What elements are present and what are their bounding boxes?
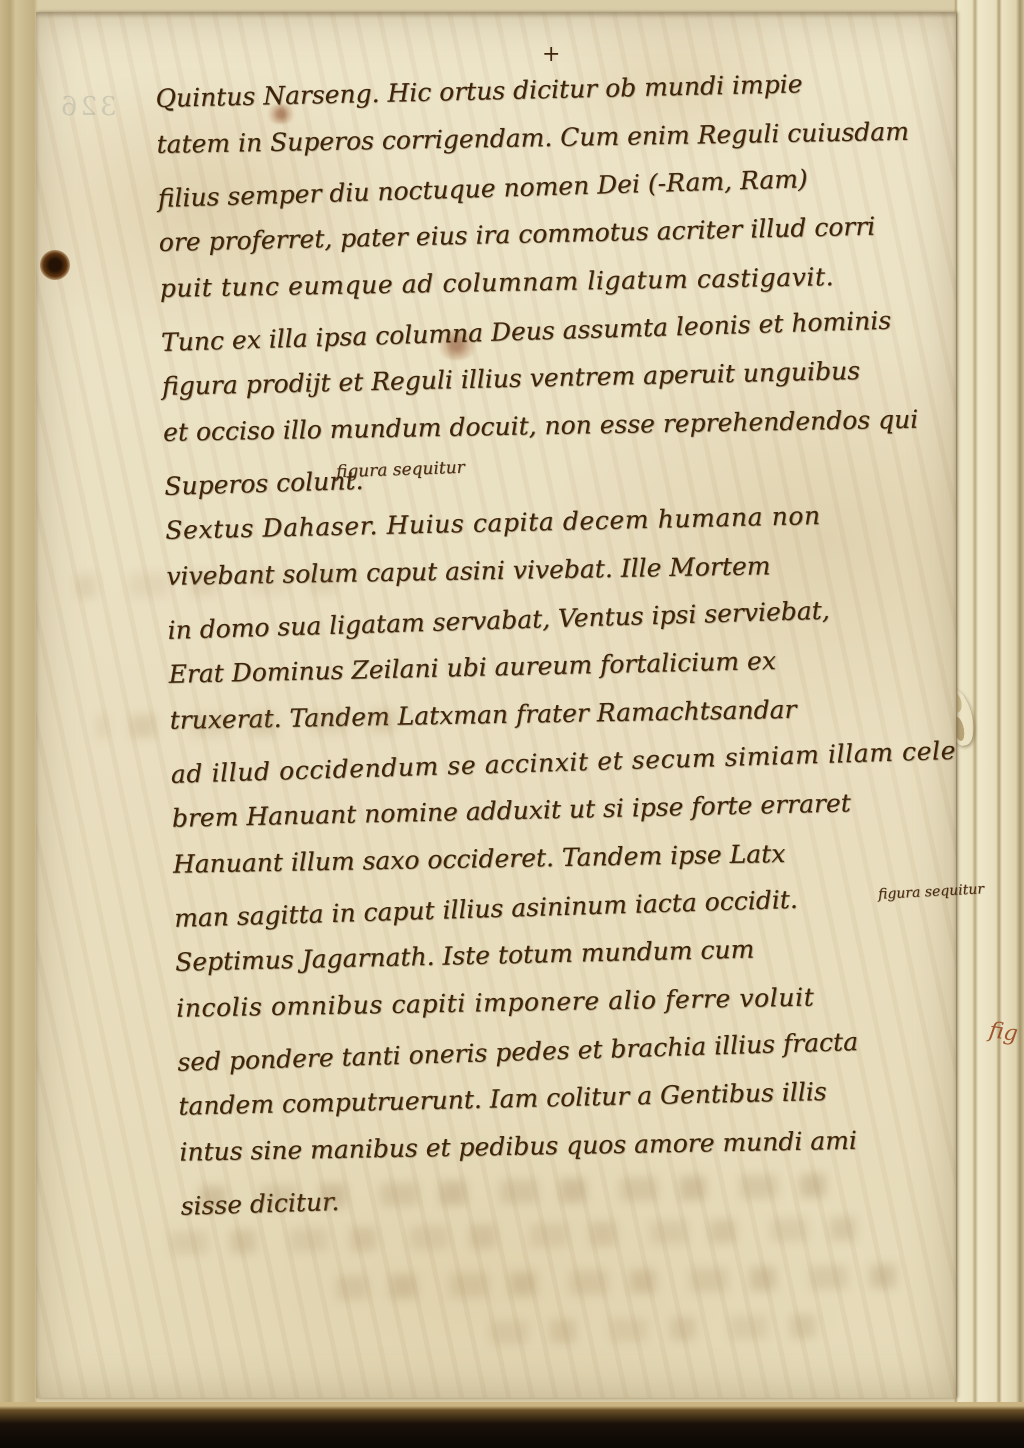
edge-marginal-note: fig [988,1018,1020,1047]
book-bottom-edge [0,1402,1024,1448]
underlying-page-edges: fig [954,0,1024,1448]
manuscript-scan: fig 326 + Quintus Narseng. Hic ortus dic… [0,0,1024,1448]
ink-blot [40,250,70,280]
plus-mark: + [542,42,560,67]
text-block: Quintus Narseng. Hic ortus dicitur ob mu… [155,57,961,1226]
bleedthrough-smudge [456,1314,816,1346]
manuscript-page: 326 + Quintus Narseng. Hic ortus dicitur… [36,12,956,1398]
bleedthrough-page-number: 326 [58,92,117,122]
bleedthrough-smudge [336,1264,896,1300]
